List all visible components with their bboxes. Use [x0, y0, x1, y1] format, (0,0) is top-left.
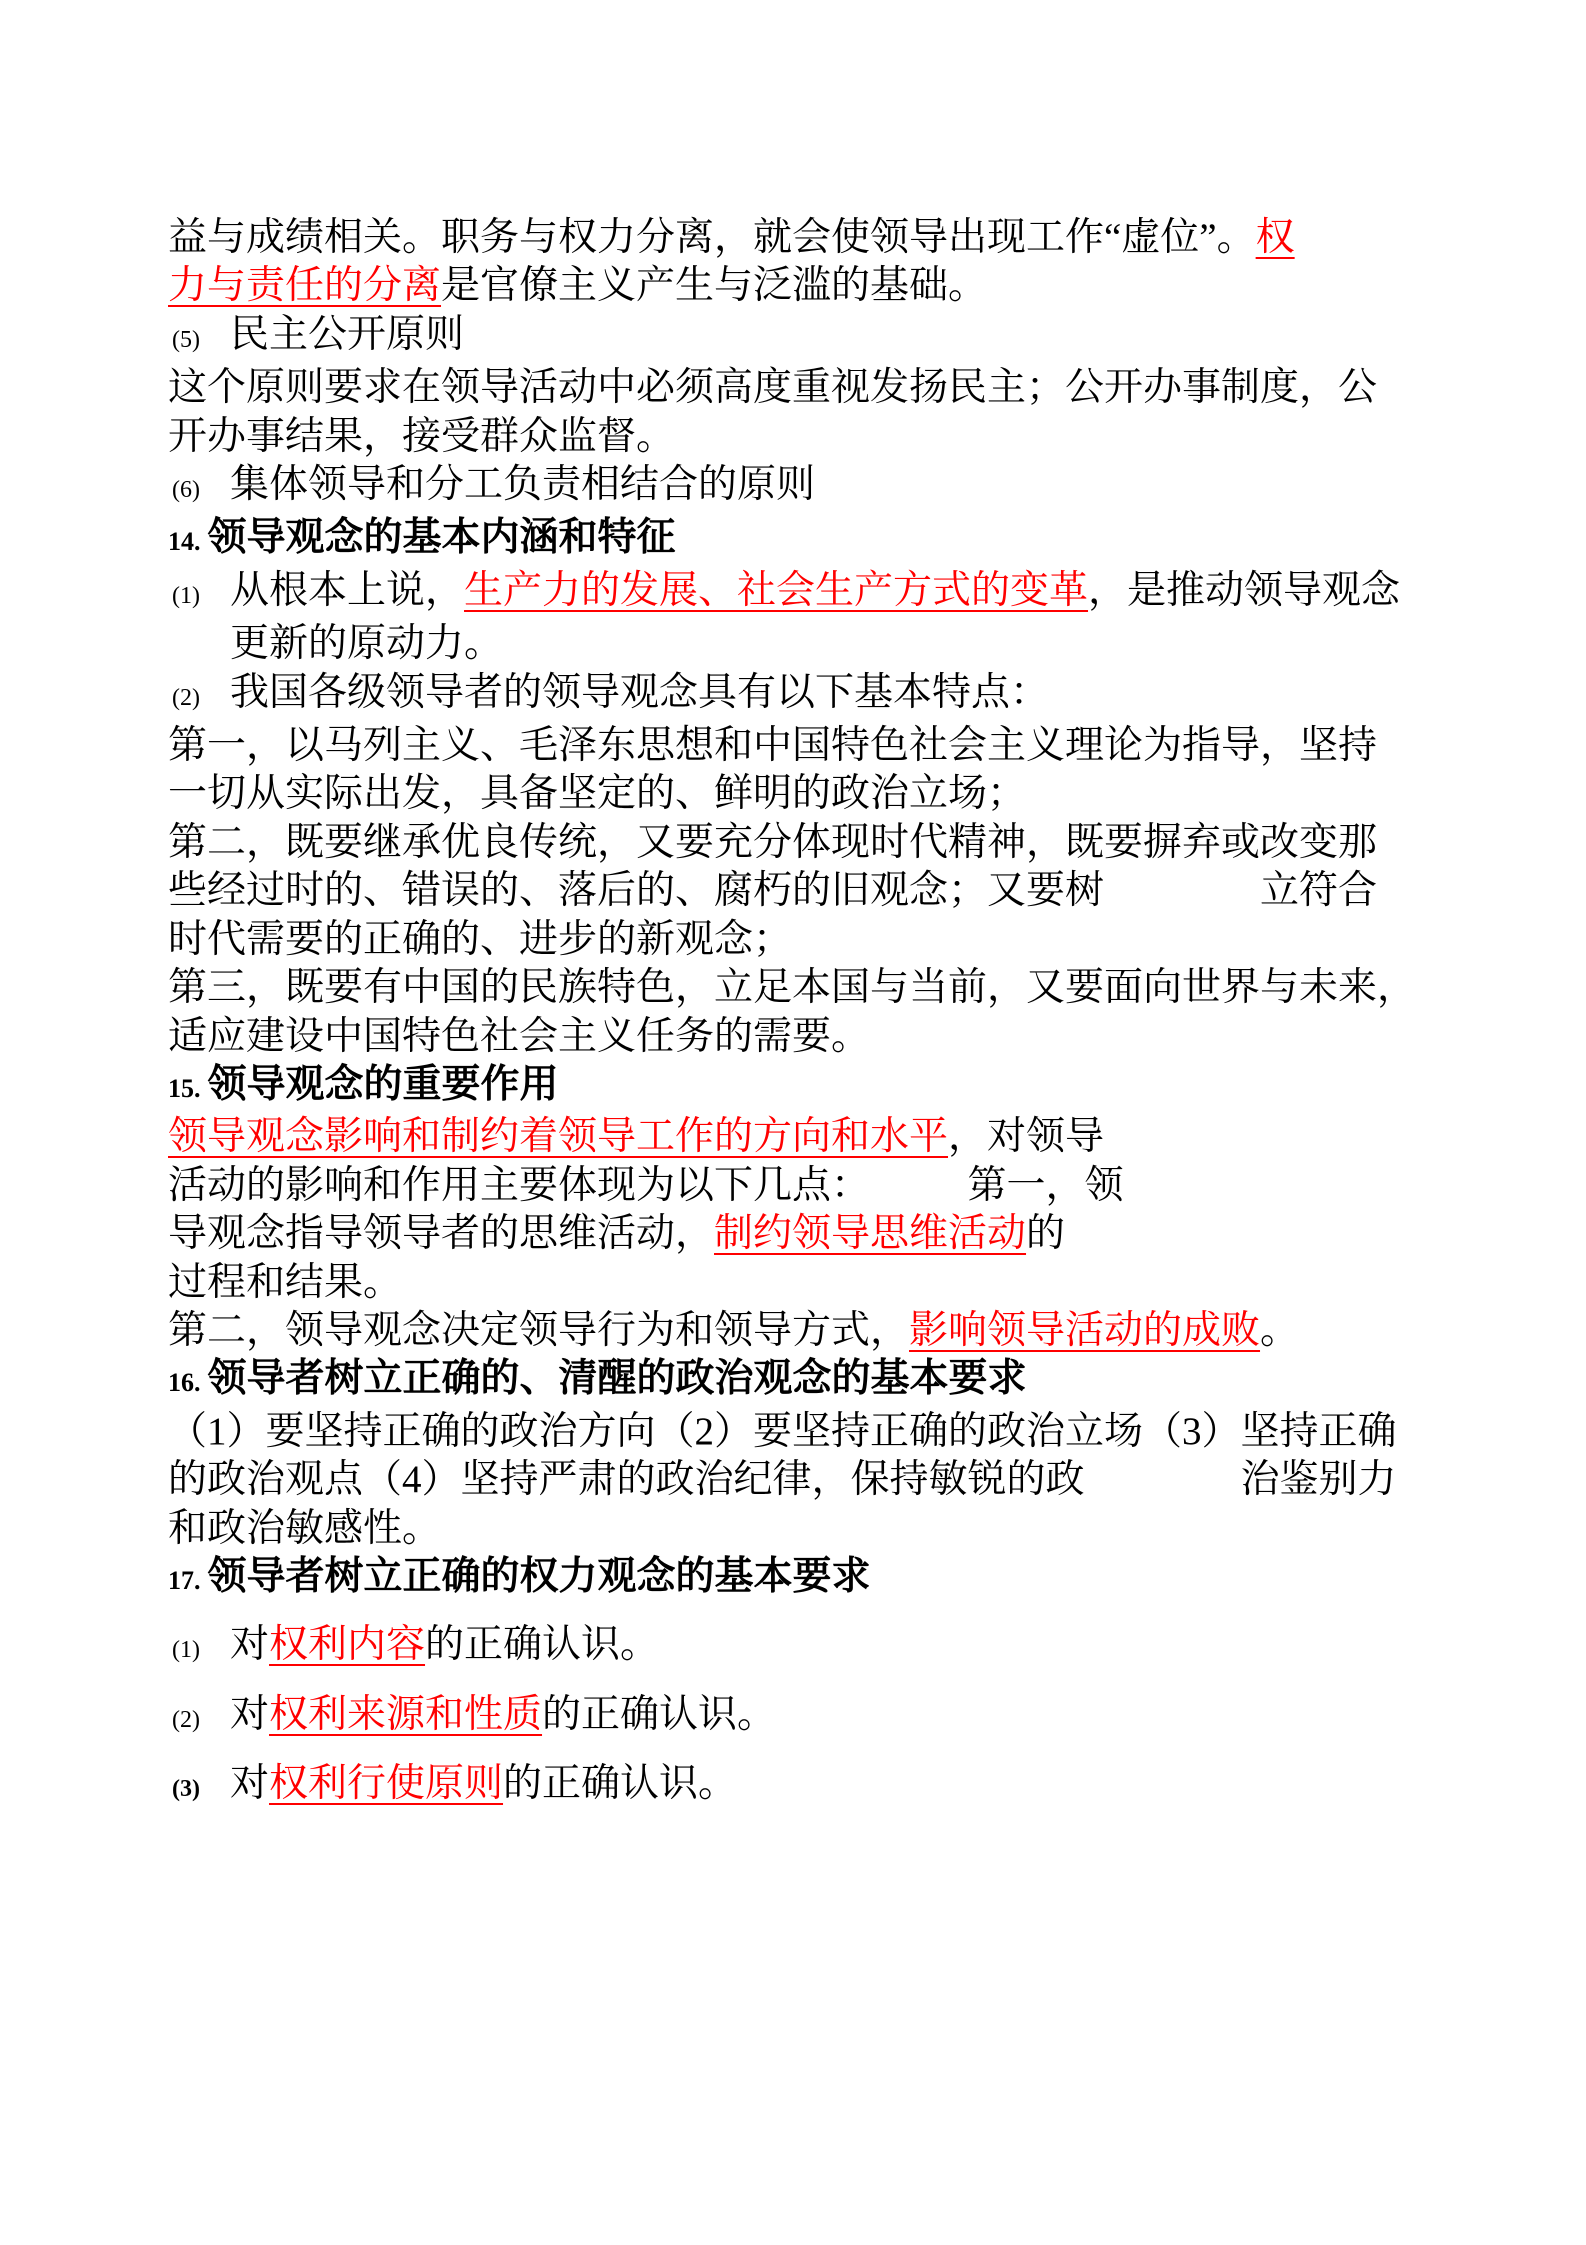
- text-run: ，是推动领导观念: [1088, 569, 1400, 612]
- text-run: 第二，领导观念决定领导行为和领导方式，: [168, 1309, 909, 1352]
- text-run: 的正确认识。: [425, 1623, 659, 1666]
- text-line: 第一，以马列主义、毛泽东思想和中国特色社会主义理论为指导，坚持: [168, 722, 1468, 770]
- text-run: 一切从实际出发，具备坚定的、鲜明的政治立场；: [168, 772, 1026, 815]
- text-run: 第一，以马列主义、毛泽东思想和中国特色社会主义理论为指导，坚持: [168, 724, 1377, 767]
- paragraph: 第一，以马列主义、毛泽东思想和中国特色社会主义理论为指导，坚持一切从实际出发，具…: [168, 722, 1468, 1061]
- heading-text: 领导观念的基本内涵和特征: [208, 516, 676, 559]
- text-run: 对: [230, 1693, 269, 1736]
- list-item: (2)对权利来源和性质的正确认识。: [168, 1691, 1468, 1744]
- text-run: 对: [230, 1762, 269, 1805]
- text-run: 民主公开原则: [230, 313, 464, 356]
- text-run: 的正确认识。: [503, 1762, 737, 1805]
- text-run: 和政治敏感性。: [168, 1507, 441, 1550]
- text-run: 益与成绩相关。职务与权力分离，就会使领导出现工作“虚位”。: [168, 216, 1256, 259]
- list-item-marker: (1): [172, 1626, 230, 1674]
- section-heading-14: 14.领导观念的基本内涵和特征: [168, 514, 1468, 566]
- highlighted-phrase: 权: [1256, 216, 1295, 259]
- paragraph: 益与成绩相关。职务与权力分离，就会使领导出现工作“虚位”。权力与责任的分离是官僚…: [168, 214, 1468, 311]
- heading-text: 领导者树立正确的权力观念的基本要求: [208, 1555, 871, 1598]
- text-run: 第三，既要有中国的民族特色，立足本国与当前，又要面向世界与未来，: [168, 966, 1416, 1009]
- highlighted-phrase: 领导观念影响和制约着领导工作的方向和水平: [168, 1115, 948, 1158]
- text-run: 过程和结果。: [168, 1261, 402, 1304]
- highlighted-phrase: 制约领导思维活动: [714, 1212, 1026, 1255]
- text-run: 导观念指导领导者的思维活动，: [168, 1212, 714, 1255]
- list-item-marker: (2): [172, 674, 230, 722]
- text-run: 第二，既要继承优良传统，又要充分体现时代精神，既要摒弃或改变那: [168, 821, 1377, 864]
- section-heading-15: 15.领导观念的重要作用: [168, 1061, 1468, 1113]
- highlighted-phrase: 影响领导活动的成败: [909, 1309, 1260, 1352]
- text-line: (1)对权利内容的正确认识。: [168, 1621, 1468, 1674]
- paragraph: （1）要坚持正确的政治方向（2）要坚持正确的政治立场（3）坚持正确的政治观点（4…: [168, 1408, 1468, 1553]
- text-run: 我国各级领导者的领导观念具有以下基本特点：: [230, 671, 1049, 714]
- heading-number: 16.: [168, 1368, 201, 1397]
- paragraph: 领导观念影响和制约着领导工作的方向和水平，对领导活动的影响和作用主要体现为以下几…: [168, 1113, 1468, 1355]
- list-item-marker: (5): [172, 316, 230, 364]
- text-run: 活动的影响和作用主要体现为以下几点： 第一，领: [168, 1164, 1124, 1207]
- list-item-marker: (6): [172, 466, 230, 514]
- list-item: (1)对权利内容的正确认识。: [168, 1621, 1468, 1674]
- text-line: 这个原则要求在领导活动中必须高度重视发扬民主；公开办事制度，公: [168, 364, 1468, 412]
- text-run: （1）要坚持正确的政治方向（2）要坚持正确的政治立场（3）坚持正确: [168, 1410, 1397, 1453]
- list-item: (3)对权利行使原则的正确认识。: [168, 1760, 1468, 1813]
- list-item: (1)从根本上说，生产力的发展、社会生产方式的变革，是推动领导观念更新的原动力。: [168, 567, 1468, 669]
- highlighted-phrase: 权利来源和性质: [269, 1693, 542, 1736]
- paragraph: 这个原则要求在领导活动中必须高度重视发扬民主；公开办事制度，公开办事结果，接受群…: [168, 364, 1468, 461]
- highlighted-phrase: 生产力的发展、社会生产方式的变革: [464, 569, 1088, 612]
- text-line: 活动的影响和作用主要体现为以下几点： 第一，领: [168, 1162, 1468, 1210]
- heading-text: 领导者树立正确的、清醒的政治观念的基本要求: [208, 1357, 1027, 1400]
- text-line: (6)集体领导和分工负责相结合的原则: [168, 461, 1468, 514]
- text-line: 第二，领导观念决定领导行为和领导方式，影响领导活动的成败。: [168, 1307, 1468, 1355]
- text-line: （1）要坚持正确的政治方向（2）要坚持正确的政治立场（3）坚持正确: [168, 1408, 1468, 1456]
- text-line: 和政治敏感性。: [168, 1505, 1468, 1553]
- list-item: (6)集体领导和分工负责相结合的原则: [168, 461, 1468, 514]
- text-run: 时代需要的正确的、进步的新观念；: [168, 918, 792, 961]
- section-heading-16: 16.领导者树立正确的、清醒的政治观念的基本要求: [168, 1355, 1468, 1407]
- text-run: 这个原则要求在领导活动中必须高度重视发扬民主；公开办事制度，公: [168, 366, 1377, 409]
- list-item: (2)我国各级领导者的领导观念具有以下基本特点：: [168, 669, 1468, 722]
- document-page: 益与成绩相关。职务与权力分离，就会使领导出现工作“虚位”。权力与责任的分离是官僚…: [0, 0, 1586, 2245]
- list-item: (5)民主公开原则: [168, 311, 1468, 364]
- text-line: 些经过时的、错误的、落后的、腐朽的旧观念；又要树 立符合: [168, 867, 1468, 915]
- text-run: 适应建设中国特色社会主义任务的需要。: [168, 1015, 870, 1058]
- list-item-marker: (3): [172, 1765, 230, 1813]
- text-run: 的政治观点（4）坚持严肃的政治纪律，保持敏锐的政 治鉴别力: [168, 1458, 1397, 1501]
- text-line: 适应建设中国特色社会主义任务的需要。: [168, 1013, 1468, 1061]
- list-item-marker: (2): [172, 1696, 230, 1744]
- text-line: 领导观念影响和制约着领导工作的方向和水平，对领导: [168, 1113, 1468, 1161]
- text-line: 一切从实际出发，具备坚定的、鲜明的政治立场；: [168, 770, 1468, 818]
- text-line: 第二，既要继承优良传统，又要充分体现时代精神，既要摒弃或改变那: [168, 819, 1468, 867]
- text-line: (2)对权利来源和性质的正确认识。: [168, 1691, 1468, 1744]
- text-line: 时代需要的正确的、进步的新观念；: [168, 916, 1468, 964]
- text-line: 导观念指导领导者的思维活动，制约领导思维活动的: [168, 1210, 1468, 1258]
- highlighted-phrase: 权利内容: [269, 1623, 425, 1666]
- text-run: 开办事结果，接受群众监督。: [168, 415, 675, 458]
- text-run: ，对领导: [948, 1115, 1104, 1158]
- text-line: 更新的原动力。: [168, 620, 1468, 668]
- text-line: 力与责任的分离是官僚主义产生与泛滥的基础。: [168, 262, 1468, 310]
- text-line: 益与成绩相关。职务与权力分离，就会使领导出现工作“虚位”。权: [168, 214, 1468, 262]
- text-run: 更新的原动力。: [230, 622, 503, 665]
- text-line: 过程和结果。: [168, 1259, 1468, 1307]
- text-run: 从根本上说，: [230, 569, 464, 612]
- text-run: 集体领导和分工负责相结合的原则: [230, 463, 815, 506]
- text-line: (3)对权利行使原则的正确认识。: [168, 1760, 1468, 1813]
- heading-number: 15.: [168, 1074, 201, 1103]
- heading-number: 14.: [168, 527, 201, 556]
- text-line: 第三，既要有中国的民族特色，立足本国与当前，又要面向世界与未来，: [168, 964, 1468, 1012]
- text-run: 对: [230, 1623, 269, 1666]
- text-line: (5)民主公开原则: [168, 311, 1468, 364]
- document-content: 益与成绩相关。职务与权力分离，就会使领导出现工作“虚位”。权力与责任的分离是官僚…: [168, 214, 1468, 1814]
- text-run: 是官僚主义产生与泛滥的基础。: [441, 264, 987, 307]
- text-run: 的: [1026, 1212, 1065, 1255]
- list-item-marker: (1): [172, 572, 230, 620]
- text-run: 的正确认识。: [542, 1693, 776, 1736]
- text-line: (2)我国各级领导者的领导观念具有以下基本特点：: [168, 669, 1468, 722]
- text-line: 的政治观点（4）坚持严肃的政治纪律，保持敏锐的政 治鉴别力: [168, 1456, 1468, 1504]
- text-line: (1)从根本上说，生产力的发展、社会生产方式的变革，是推动领导观念: [168, 567, 1468, 620]
- text-run: 些经过时的、错误的、落后的、腐朽的旧观念；又要树 立符合: [168, 869, 1377, 912]
- section-heading-17: 17.领导者树立正确的权力观念的基本要求: [168, 1553, 1468, 1605]
- highlighted-phrase: 力与责任的分离: [168, 264, 441, 307]
- heading-number: 17.: [168, 1566, 201, 1595]
- highlighted-phrase: 权利行使原则: [269, 1762, 503, 1805]
- heading-text: 领导观念的重要作用: [208, 1063, 559, 1106]
- text-run: 。: [1260, 1309, 1299, 1352]
- text-line: 开办事结果，接受群众监督。: [168, 413, 1468, 461]
